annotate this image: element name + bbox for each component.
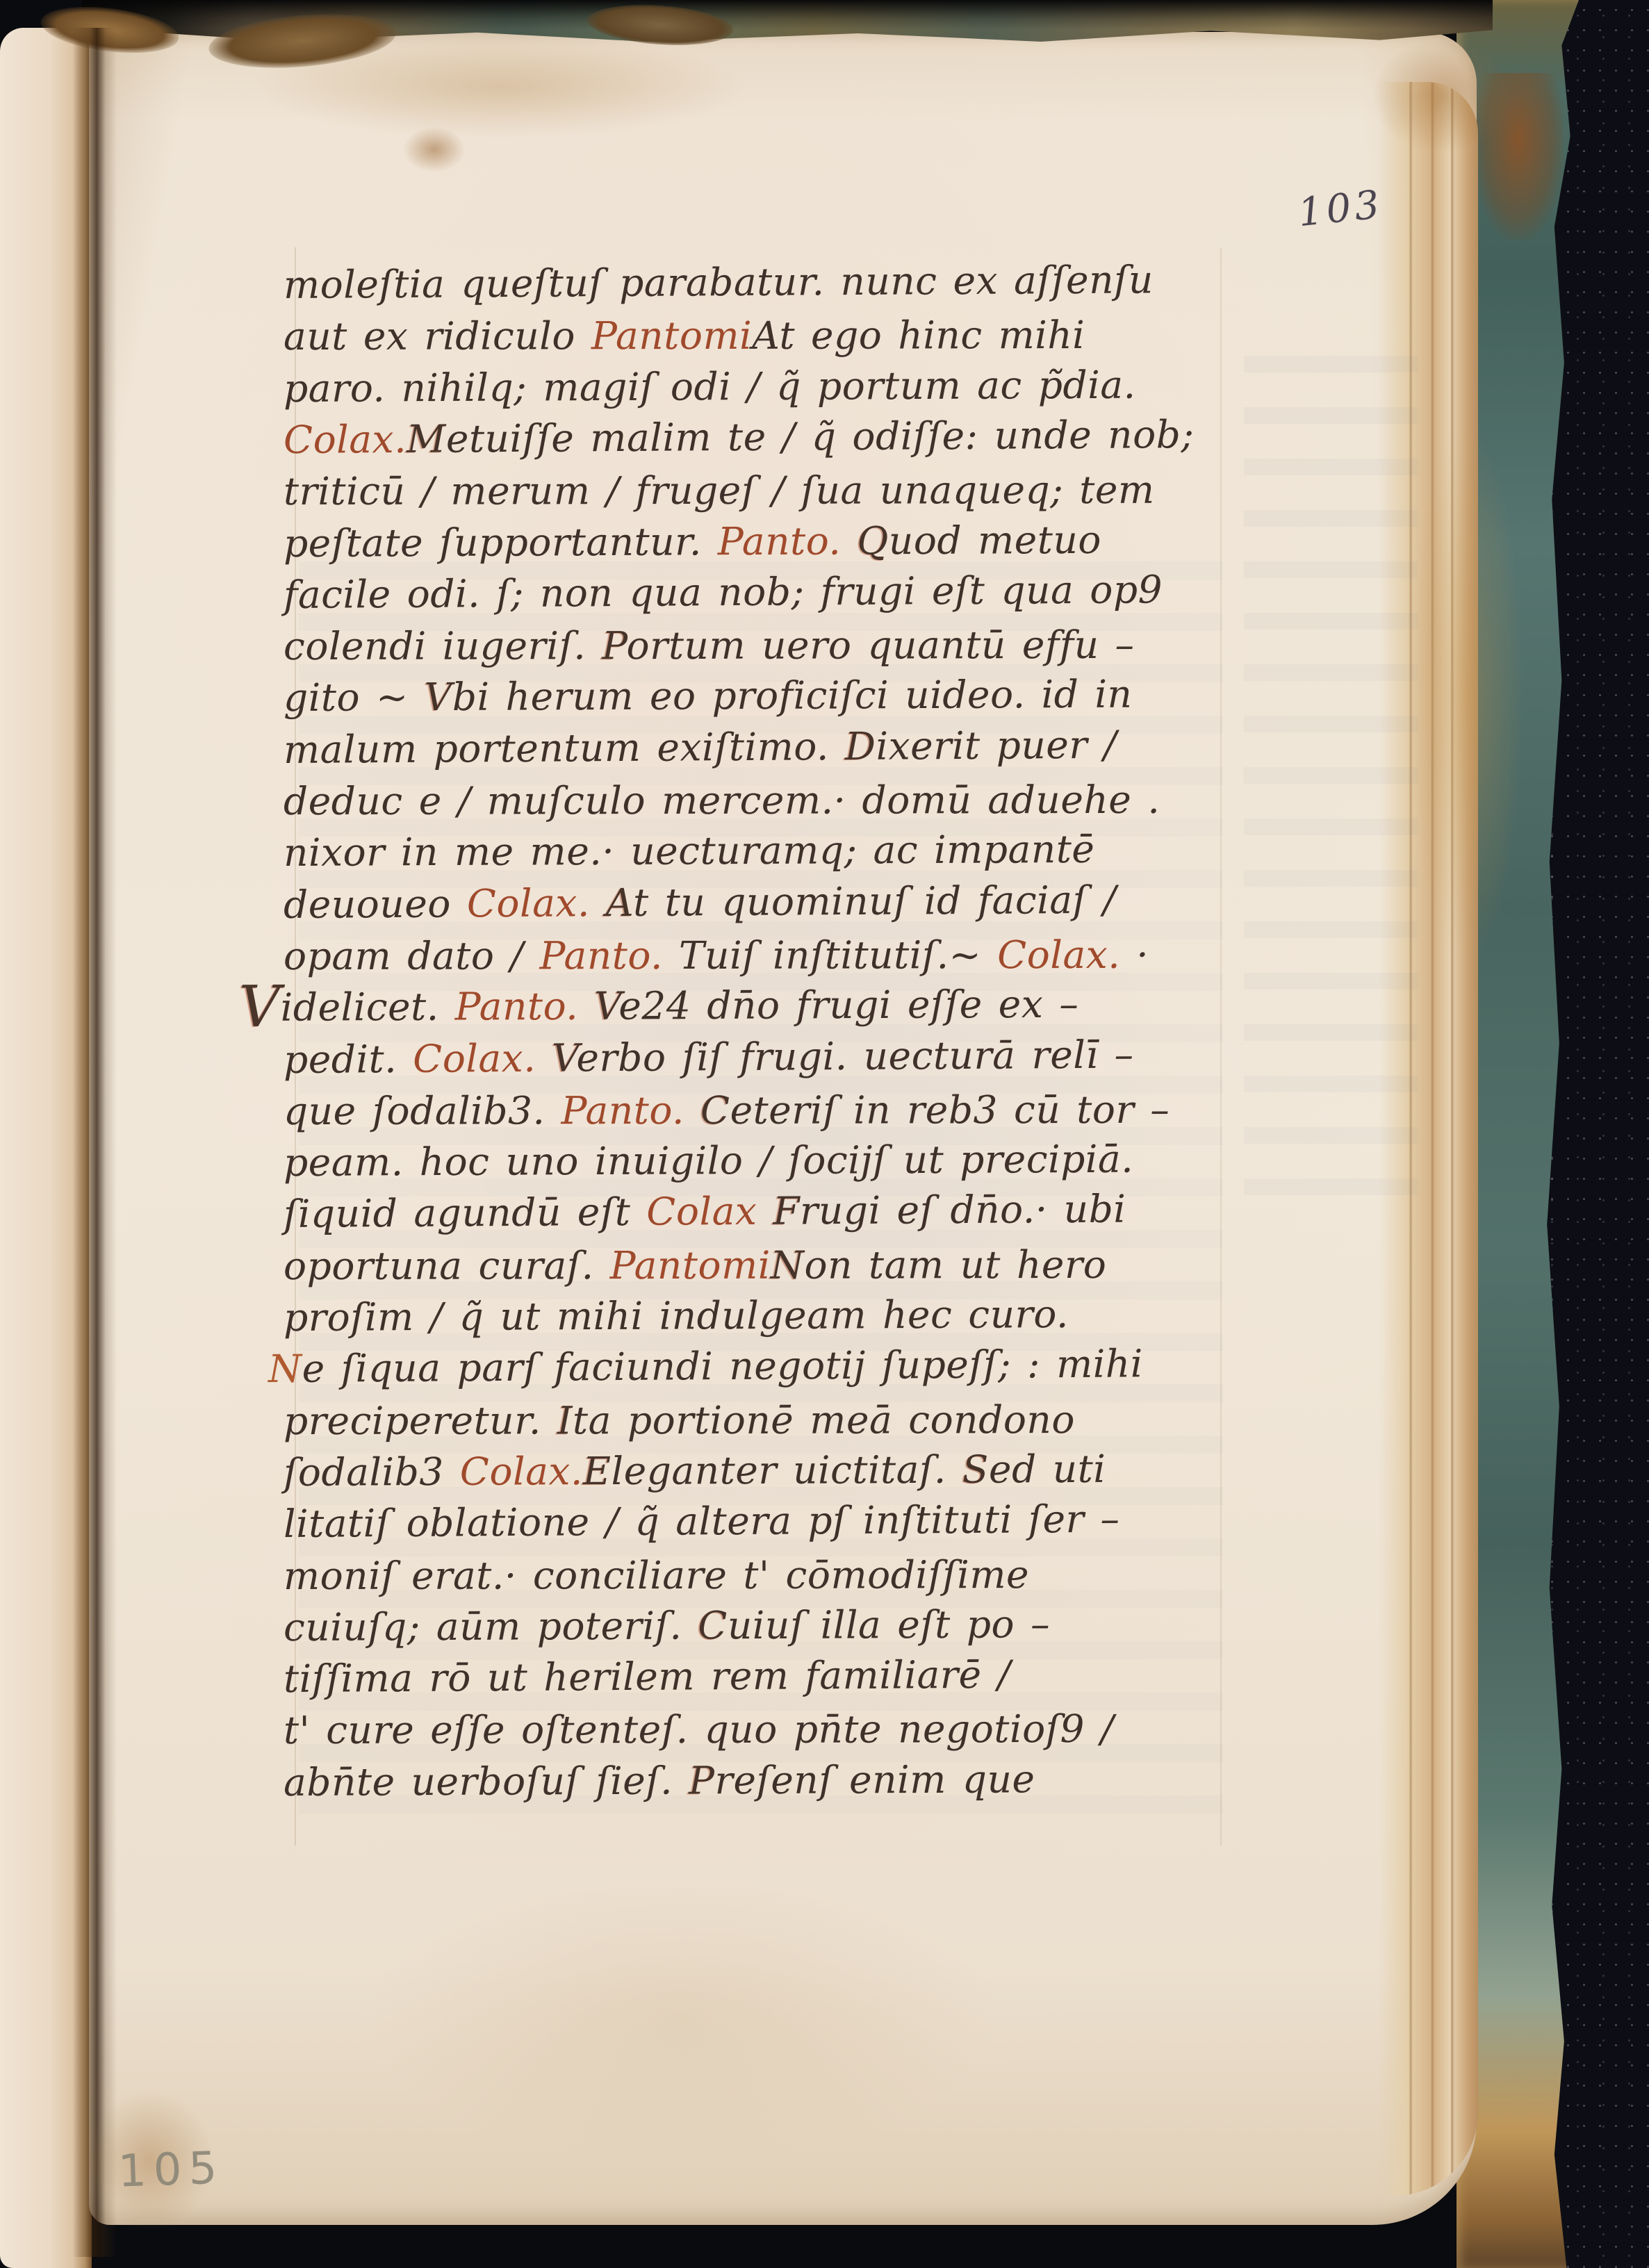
speaker-name: Pantomi: [591, 313, 752, 358]
manuscript-line: facile odi. ſ; non qua nob; frugi eſt qu…: [284, 570, 1163, 614]
text-segment: leganter uictitaſ.: [611, 1447, 962, 1493]
text-segment: triticū / merum / frugeſ / ſua unaqueq; …: [284, 468, 1155, 513]
text-segment: [590, 880, 606, 925]
text-segment: que ſodalib3.: [284, 1088, 561, 1133]
text-segment: [841, 518, 857, 563]
text-segment: malum portentum exiſtimo.: [284, 724, 845, 772]
folio-number-pencil: 105: [117, 2142, 225, 2197]
manuscript-line: Colax.Metuiſſe malim te / q̃ odiſſe: und…: [284, 416, 1195, 459]
speaker-name: Panto.: [539, 933, 663, 978]
text-segment: V: [239, 974, 281, 1040]
manuscript-line: paro. nihilq; magiſ odi / q̃ portum ac p…: [284, 365, 1136, 407]
text-segment: t tu quominuſ id faciaſ /: [633, 877, 1117, 924]
manuscript-line: t' cure eſſe oſtenteſ. quo pn̄te negotio…: [284, 1710, 1114, 1750]
manuscript-line: tiſſima rō ut herilem rem familiarē /: [284, 1656, 1011, 1698]
text-segment: uod metuo: [889, 517, 1101, 562]
manuscript-line: preciperetur. Ita portionē meā condono: [284, 1401, 1075, 1440]
text-segment: idelicet.: [281, 985, 455, 1030]
text-segment: nixor in me me.· uecturamq; ac impantē: [284, 827, 1095, 875]
text-segment: C: [700, 1088, 730, 1133]
manuscript-line: oportuna curaſ. PantomiNon tam ut hero: [284, 1246, 1106, 1285]
manuscript-line: moleſtia queſtuſ parabatur. nunc ex aſſe…: [284, 261, 1154, 304]
text-segment: C: [698, 1603, 728, 1647]
manuscript-line: gito ~ Vbi herum eo proficiſci uideo. id…: [284, 675, 1133, 717]
text-segment: E: [583, 1449, 612, 1493]
text-segment: rugi eſ dn̄o.· ubi: [800, 1187, 1126, 1233]
text-segment: At ego hinc mihi: [752, 313, 1085, 358]
text-segment: pedit.: [284, 1036, 413, 1081]
speaker-name: Colax.: [467, 880, 590, 926]
text-segment: [684, 1088, 700, 1133]
text-segment: A: [606, 880, 634, 925]
speaker-name: Colax.: [997, 932, 1120, 977]
speaker-name: Colax.: [284, 417, 407, 462]
text-segment: F: [773, 1189, 800, 1233]
text-segment: paro. nihilq; magiſ odi / q̃ portum ac p…: [284, 362, 1136, 410]
text-segment: gito ~: [284, 675, 425, 721]
gutter-shadow: [72, 28, 117, 2257]
manuscript-line: colendi iugeriſ. Portum uero quantū effu…: [284, 626, 1135, 666]
text-segment: ta portionē meā condono: [573, 1397, 1075, 1443]
text-segment: t' cure eſſe oſtenteſ. quo pn̄te negotio…: [284, 1707, 1114, 1752]
manuscript-line: triticū / merum / frugeſ / ſua unaqueq; …: [284, 471, 1155, 511]
text-segment: e ſiqua parſ faciundi negotij ſupeſſ; : …: [302, 1342, 1143, 1391]
manuscript-line: aut ex ridiculo PantomiAt ego hinc mihi: [284, 316, 1085, 356]
text-segment: M: [407, 416, 446, 461]
text-segment: opam dato /: [284, 933, 540, 978]
text-segment: V: [424, 675, 452, 719]
text-segment: peam. hoc uno inuigilo / ſocijſ ut preci…: [284, 1137, 1134, 1185]
text-segment: [578, 984, 594, 1028]
manuscript-line: malum portentum exiſtimo. Dixerit puer /: [284, 725, 1117, 769]
manuscript-line: que ſodalib3. Panto. Ceteriſ in reb3 cū …: [284, 1091, 1170, 1131]
text-segment: colendi iugeriſ.: [284, 623, 602, 668]
text-segment: [757, 1189, 773, 1233]
speaker-name: Colax: [646, 1189, 757, 1234]
text-segment: D: [845, 723, 876, 768]
text-segment: abn̄te uerboſuſ ſieſ.: [284, 1758, 689, 1805]
text-segment: moniſ erat.· conciliare t' cōmodiſſime: [284, 1552, 1029, 1598]
speaker-name: Pantomi: [610, 1242, 771, 1287]
manuscript-line: litatiſ oblatione / q̃ altera pſ inſtitu…: [284, 1500, 1120, 1543]
text-segment: ·: [1120, 932, 1149, 977]
text-segment: Tuiſ inſtitutiſ.~: [663, 932, 997, 978]
manuscript-line: nixor in me me.· uecturamq; ac impantē: [284, 830, 1095, 872]
text-segment: erbo ſiſ frugi. uecturā relī –: [576, 1032, 1134, 1080]
speaker-name: Panto.: [718, 518, 842, 564]
page-fore-edge-stack: [1379, 82, 1478, 2196]
text-segment: on tam ut hero: [804, 1242, 1106, 1288]
text-segment: moleſtia queſtuſ parabatur. nunc ex aſſe…: [284, 257, 1154, 307]
text-segment: tiſſima rō ut herilem rem familiarē /: [284, 1652, 1011, 1701]
speaker-name: Colax.: [413, 1035, 536, 1080]
speaker-name: N: [268, 1347, 302, 1391]
text-segment: e24 dn̄o frugi eſſe ex –: [618, 982, 1078, 1028]
manuscript-line: Ne ſiqua parſ faciundi negotij ſupeſſ; :…: [268, 1345, 1143, 1389]
manuscript-line: cuiuſq; aūm poteriſ. Cuiuſ illa eſt po –: [284, 1605, 1050, 1647]
manuscript-line: peſtate ſupportantur. Panto. Quod metuo: [284, 520, 1101, 562]
text-segment: V: [594, 984, 618, 1028]
cover-rust-stain: [1473, 73, 1564, 240]
text-segment: uiuſ illa eſt po –: [728, 1602, 1050, 1647]
manuscript-line: deuoueo Colax. At tu quominuſ id faciaſ …: [284, 880, 1117, 923]
text-segment: P: [602, 623, 626, 668]
manuscript-line: deduc e / muſculo mercem.· domū aduehe .: [284, 781, 1160, 821]
text-segment: ed uti: [989, 1447, 1106, 1492]
text-segment: litatiſ oblatione / q̃ altera pſ inſtitu…: [284, 1497, 1120, 1546]
text-segment: reſenſ enim que: [714, 1757, 1035, 1802]
manuscript-line: opam dato / Panto. Tuiſ inſtitutiſ.~ Col…: [284, 936, 1149, 976]
manuscript-photo: moleſtia queſtuſ parabatur. nunc ex aſſe…: [0, 0, 1649, 2268]
text-segment: preciperetur.: [284, 1398, 557, 1443]
text-segment: V: [552, 1035, 577, 1080]
text-segment: eteriſ in reb3 cū tor –: [730, 1087, 1170, 1133]
text-segment: aut ex ridiculo: [284, 314, 591, 359]
text-segment: S: [962, 1447, 989, 1491]
text-segment: ſiquid agundū eſt: [284, 1190, 647, 1236]
text-segment: ixerit puer /: [876, 722, 1117, 768]
text-segment: P: [689, 1758, 715, 1802]
text-segment: etuiſſe malim te / q̃ odiſſe: unde nob;: [446, 412, 1195, 461]
manuscript-line: moniſ erat.· conciliare t' cōmodiſſime: [284, 1556, 1029, 1595]
text-segment: deuoueo: [284, 881, 467, 927]
text-segment: I: [557, 1398, 573, 1443]
manuscript-line: peam. hoc uno inuigilo / ſocijſ ut preci…: [284, 1140, 1133, 1182]
text-segment: bi herum eo proficiſci uideo. id in: [452, 672, 1133, 719]
manuscript-line: Videlicet. Panto. Ve24 dn̄o frugi eſſe e…: [239, 985, 1078, 1027]
manuscript-line: ſodalib3 Colax.Eleganter uictitaſ. Sed u…: [284, 1450, 1106, 1492]
speaker-name: Panto.: [455, 984, 579, 1029]
text-segment: deduc e / muſculo mercem.· domū aduehe .: [284, 778, 1160, 823]
text-segment: oportuna curaſ.: [284, 1243, 610, 1288]
text-segment: cuiuſq; aūm poteriſ.: [284, 1603, 698, 1650]
text-segment: N: [771, 1242, 805, 1287]
manuscript-line: ſiquid agundū eſt Colax Frugi eſ dn̄o.· …: [284, 1190, 1126, 1233]
speaker-name: Colax.: [460, 1449, 583, 1494]
speaker-name: Panto.: [561, 1088, 684, 1133]
text-segment: ortum uero quantū effu –: [626, 623, 1134, 668]
manuscript-line: abn̄te uerboſuſ ſieſ. Preſenſ enim que: [284, 1760, 1035, 1802]
text-segment: peſtate ſupportantur.: [284, 519, 718, 566]
text-segment: proſim / q̃ ut mihi indulgeam hec curo.: [284, 1292, 1069, 1340]
text-segment: [536, 1035, 552, 1080]
folio-number-ink: 103: [1296, 182, 1385, 236]
text-segment: facile odi. ſ; non qua nob; frugi eſt qu…: [284, 567, 1163, 617]
manuscript-line: proſim / q̃ ut mihi indulgeam hec curo.: [284, 1295, 1069, 1337]
manuscript-line: pedit. Colax. Verbo ſiſ frugi. uecturā r…: [284, 1035, 1134, 1078]
text-segment: ſodalib3: [284, 1449, 460, 1495]
text-segment: Q: [857, 518, 889, 563]
